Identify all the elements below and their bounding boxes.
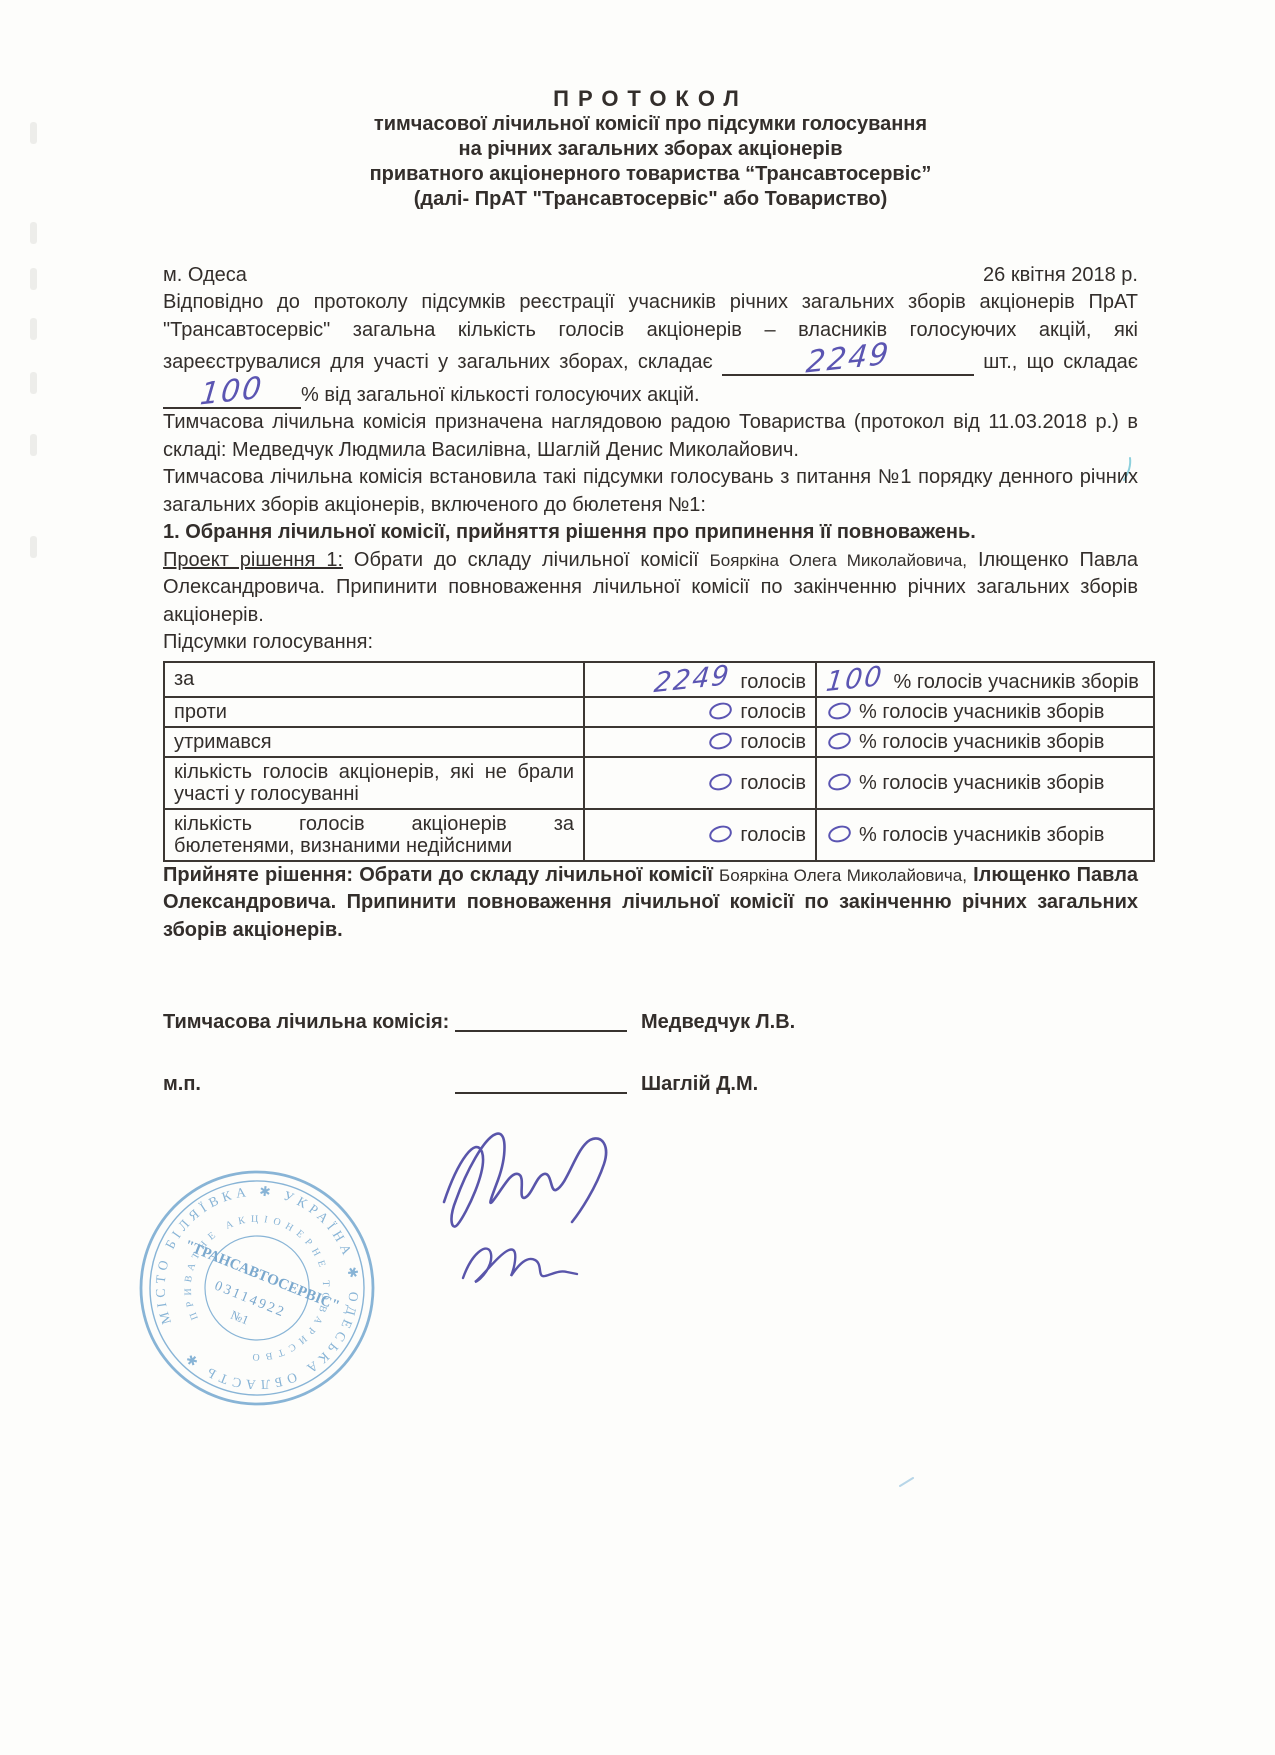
document-subtitle-line: тимчасової лічильної комісії про підсумк… xyxy=(163,112,1138,137)
voting-results-table: за2249голосів100% голосів учасників збор… xyxy=(163,661,1155,862)
table-row: за2249голосів100% голосів учасників збор… xyxy=(164,662,1154,697)
percent-blank-line: 100 xyxy=(163,377,301,409)
votes-suffix: голосів xyxy=(740,701,806,723)
question-heading: 1. Обрання лічильної комісії, прийняття … xyxy=(163,519,1138,547)
document-subtitle-line: на річних загальних зборах акціонерів xyxy=(163,137,1138,162)
row-label: кількість голосів акціонерів за бюлетеня… xyxy=(164,809,584,861)
document-title: ПРОТОКОЛ xyxy=(163,86,1138,112)
scan-edge-mark xyxy=(30,222,37,244)
scan-edge-mark xyxy=(30,268,37,290)
draft-decision-label: Проект рішення 1: xyxy=(163,549,343,571)
signature-line-1 xyxy=(455,1030,627,1032)
percent-cell: % голосів учасників зборів xyxy=(816,727,1154,757)
registration-text-mid: шт., що складає xyxy=(983,351,1138,373)
handwritten-quantity: 2249 xyxy=(804,339,891,378)
stamp-outer-circle xyxy=(132,1163,382,1413)
document-subtitle-line: (далі- ПрАТ "Трансавтосервіс" або Товари… xyxy=(163,187,1138,212)
document-subtitle-line: приватного акціонерного товариства “Тран… xyxy=(163,162,1138,187)
signature-line-2 xyxy=(455,1092,627,1094)
paragraph-registration: Відповідно до протоколу підсумків реєстр… xyxy=(163,289,1138,409)
table-row: кількість голосів акціонерів, які не бра… xyxy=(164,757,1154,809)
handwritten-signature-2 xyxy=(455,1236,595,1294)
draft-decision-name-small: Бояркіна Олега Миколайовича, xyxy=(710,551,967,570)
table-row: кількість голосів акціонерів за бюлетеня… xyxy=(164,809,1154,861)
percent-suffix: % голосів учасників зборів xyxy=(859,824,1104,846)
signature-row-2: м.п. Шаглій Д.М. xyxy=(163,1064,1138,1098)
document-content: ПРОТОКОЛ тимчасової лічильної комісії пр… xyxy=(163,0,1138,1098)
paragraph-adopted-decision: Прийняте рішення: Обрати до складу лічил… xyxy=(163,862,1138,945)
handwritten-zero xyxy=(708,730,734,751)
stamp-number: №1 xyxy=(229,1308,251,1328)
votes-cell: голосів xyxy=(584,727,816,757)
table-row: утримавсяголосів% голосів учасників збор… xyxy=(164,727,1154,757)
row-label: утримався xyxy=(164,727,584,757)
adopted-decision-name-small: Бояркіна Олега Миколайовича, xyxy=(719,866,967,885)
handwritten-zero xyxy=(708,700,734,721)
company-stamp: МІСТО БІЛЯЇВКА ✱ УКРАЇНА ✱ ОДЕСЬКА ОБЛАС… xyxy=(132,1163,382,1413)
pen-mark-artifact xyxy=(1120,456,1142,484)
place-date-row: м. Одеса 26 квітня 2018 р. xyxy=(163,262,1138,289)
signer-name-1: Медведчук Л.В. xyxy=(641,1011,795,1034)
handwritten-zero xyxy=(708,823,734,844)
draft-decision-text: Обрати до складу лічильної комісії xyxy=(354,549,699,571)
handwritten-zero xyxy=(826,730,852,751)
votes-cell: голосів xyxy=(584,757,816,809)
votes-suffix: голосів xyxy=(740,671,806,693)
scan-edge-mark xyxy=(30,372,37,394)
handwritten-zero xyxy=(826,700,852,721)
percent-suffix: % голосів учасників зборів xyxy=(859,701,1104,723)
votes-cell: голосів xyxy=(584,697,816,727)
scan-edge-mark xyxy=(30,318,37,340)
votes-suffix: голосів xyxy=(740,731,806,753)
scan-edge-mark xyxy=(30,536,37,558)
results-table-caption: Підсумки голосування: xyxy=(163,629,1138,657)
table-row: протиголосів% голосів учасників зборів xyxy=(164,697,1154,727)
votes-cell: голосів xyxy=(584,809,816,861)
percent-cell: % голосів учасників зборів xyxy=(816,697,1154,727)
handwritten-zero xyxy=(826,823,852,844)
handwritten-value: 100 xyxy=(825,662,885,695)
pen-mark-artifact xyxy=(898,1476,916,1488)
adopted-decision-label: Прийняте рішення: xyxy=(163,864,353,886)
row-label: кількість голосів акціонерів, які не бра… xyxy=(164,757,584,809)
row-label: проти xyxy=(164,697,584,727)
paragraph-results-intro: Тимчасова лічильна комісія встановила та… xyxy=(163,464,1138,519)
scan-edge-mark xyxy=(30,434,37,456)
registration-text-after: % від загальної кількості голосуючих акц… xyxy=(301,384,700,406)
row-label: за xyxy=(164,662,584,697)
votes-suffix: голосів xyxy=(740,772,806,794)
percent-suffix: % голосів учасників зборів xyxy=(859,772,1104,794)
handwritten-zero xyxy=(826,771,852,792)
paragraph-commission: Тимчасова лічильна комісія призначена на… xyxy=(163,409,1138,464)
percent-cell: % голосів учасників зборів xyxy=(816,757,1154,809)
handwritten-value: 2249 xyxy=(652,661,731,696)
votes-suffix: голосів xyxy=(740,824,806,846)
votes-cell: 2249голосів xyxy=(584,662,816,697)
results-table-body: за2249голосів100% голосів учасників збор… xyxy=(164,662,1154,861)
percent-cell: 100% голосів учасників зборів xyxy=(816,662,1154,697)
signature-row-1: Тимчасова лічильна комісія: Медведчук Л.… xyxy=(163,1002,1138,1036)
scan-edge-mark xyxy=(30,122,37,144)
document-header: ПРОТОКОЛ тимчасової лічильної комісії пр… xyxy=(163,86,1138,212)
stamp-place-label: м.п. xyxy=(163,1073,201,1096)
percent-suffix: % голосів учасників зборів xyxy=(894,671,1139,693)
handwritten-zero xyxy=(708,771,734,792)
quantity-blank-line: 2249 xyxy=(722,344,974,376)
handwritten-signature-1 xyxy=(430,1122,645,1230)
percent-suffix: % голосів учасників зборів xyxy=(859,731,1104,753)
signer-name-2: Шаглій Д.М. xyxy=(641,1073,758,1096)
commission-signature-label: Тимчасова лічильна комісія: xyxy=(163,1011,449,1034)
stamp-outer-circle-2 xyxy=(136,1167,378,1409)
adopted-decision-text: Обрати до складу лічильної комісії xyxy=(359,864,713,886)
paragraph-draft-decision: Проект рішення 1: Обрати до складу лічил… xyxy=(163,547,1138,630)
document-page: ПРОТОКОЛ тимчасової лічильної комісії пр… xyxy=(0,0,1275,1755)
document-place: м. Одеса xyxy=(163,262,247,289)
handwritten-percent: 100 xyxy=(199,373,265,410)
percent-cell: % голосів учасників зборів xyxy=(816,809,1154,861)
document-date: 26 квітня 2018 р. xyxy=(983,262,1138,289)
